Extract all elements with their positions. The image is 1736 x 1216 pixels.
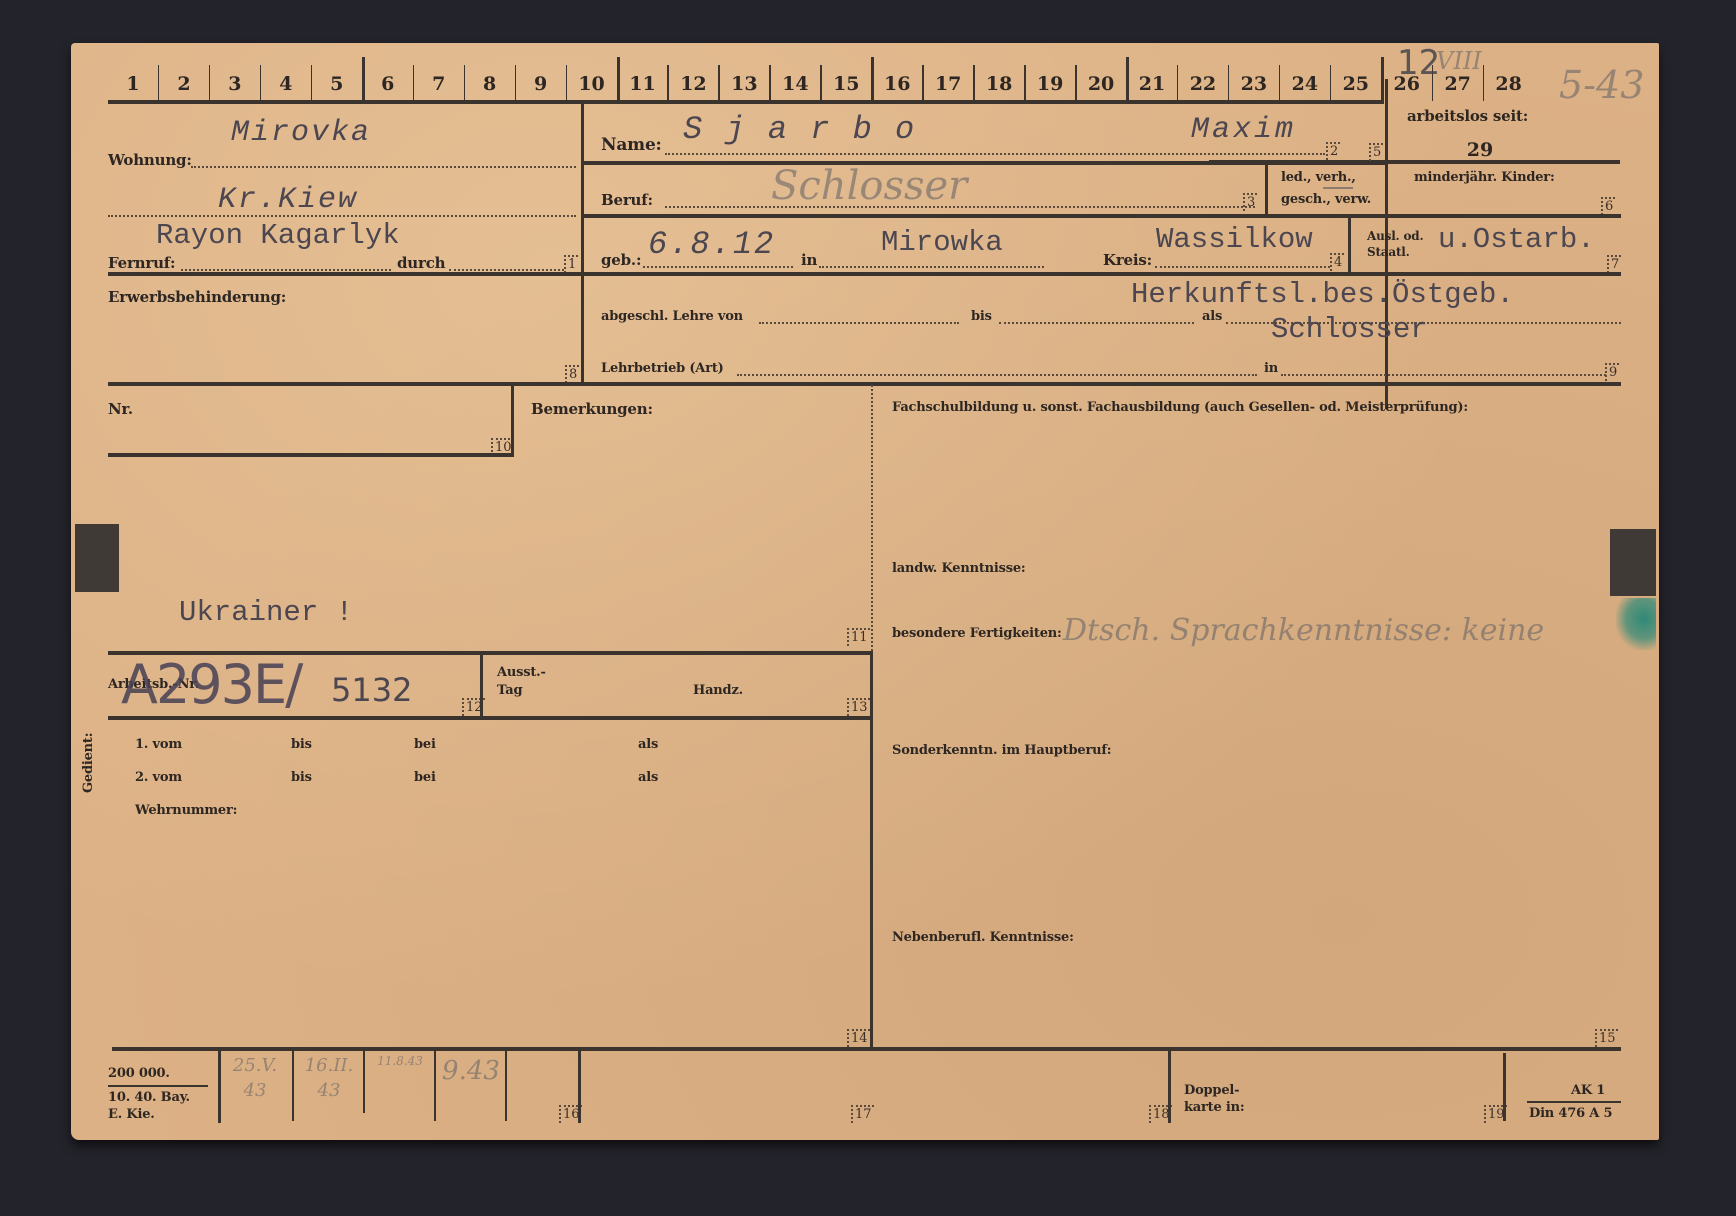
ruler-number-16: 16 [872, 73, 922, 95]
col29-number: 29 [1455, 139, 1505, 161]
lehre-von-dotline [759, 322, 959, 324]
lehre-bis-label: bis [971, 309, 992, 324]
beruf-handwritten-value: Schlosser [771, 163, 967, 209]
vom1-label: 1. vom [135, 737, 182, 752]
ruler-number-5: 5 [312, 73, 362, 95]
besondere-fertigkeiten-value: Dtsch. Sprachkenntnisse: keine [1063, 613, 1544, 648]
top-note-number: 12 [1397, 43, 1440, 83]
bottom-divider-e [505, 1049, 507, 1121]
ruler-baseline [108, 100, 1384, 104]
ruler-number-12: 12 [668, 73, 718, 95]
wohnung-dotline [191, 166, 576, 168]
green-stamp-mark [1616, 598, 1656, 650]
beruf-label: Beruf: [601, 191, 653, 209]
ruler-number-28: 28 [1484, 73, 1534, 95]
left-index-tab [75, 524, 119, 592]
vom2-label: 2. vom [135, 770, 182, 785]
verh-underline [1323, 187, 1353, 189]
bis2-label: bis [291, 770, 312, 785]
bottom-divider-18 [1168, 1047, 1171, 1123]
ruler-number-2: 2 [159, 73, 209, 95]
field-number-4: 4 [1330, 253, 1344, 271]
geb-in-dotline [819, 266, 1044, 268]
bottom-divider-d [434, 1049, 436, 1121]
geb-vertical [1348, 214, 1351, 272]
lehrbetrieb-in-dotline [1281, 374, 1606, 376]
lehre-als-label: als [1202, 309, 1222, 324]
wohnung-kreis-value: Kr.Kiew [218, 183, 358, 217]
wohnung-rayon-value: Rayon Kagarlyk [156, 219, 400, 252]
field-number-5: 5 [1369, 143, 1383, 161]
field-number-11: 11 [847, 628, 870, 646]
tag-label: Tag [497, 683, 522, 698]
first-name-value: Maxim [1191, 113, 1296, 147]
ruler-number-13: 13 [719, 73, 769, 95]
nr-bottom-line [108, 453, 514, 457]
print-run-underline [108, 1085, 208, 1087]
ruler-number-6: 6 [363, 73, 413, 95]
erwerbsbehinderung-label: Erwerbsbehinderung: [108, 288, 286, 306]
bemerkungen-label: Bemerkungen: [531, 400, 653, 418]
staatsangehoerigkeit-value: u.Ostarb. [1438, 223, 1595, 256]
bottom-date-3: 11.8.43 [366, 1053, 434, 1070]
ruler-number-19: 19 [1025, 73, 1075, 95]
print-info-2: E. Kie. [108, 1107, 155, 1122]
ruler-number-17: 17 [923, 73, 973, 95]
ruler-number-15: 15 [821, 73, 871, 95]
doppelkarte-label-2: karte in: [1184, 1100, 1244, 1115]
field-number-2: 2 [1326, 142, 1340, 160]
ruler-number-20: 20 [1076, 73, 1126, 95]
geb-in-label: in [801, 251, 817, 269]
field-number-14: 14 [847, 1029, 870, 1047]
lehre-als-value-2: Schlosser [1271, 313, 1428, 346]
ausst-label: Ausst.- [497, 665, 546, 680]
minderjaehr-kinder-label: minderjähr. Kinder: [1414, 170, 1555, 185]
corner-note: 5-43 [1559, 63, 1644, 107]
ruler-number-23: 23 [1229, 73, 1279, 95]
middle-dotted-divider [871, 385, 873, 655]
arbeitslos-label: arbeitslos seit: [1407, 107, 1528, 125]
ruler-number-7: 7 [414, 73, 464, 95]
right-index-tab [1610, 529, 1656, 596]
form-id: AK 1 [1571, 1083, 1605, 1098]
nr-label: Nr. [108, 400, 133, 418]
handz-label: Handz. [693, 683, 743, 698]
lehre-als-value-1: Herkunftsl.bes.Östgeb. [1131, 278, 1514, 311]
arbeitsbuch-stamp: A293E/ [121, 653, 301, 716]
als2-label: als [638, 770, 658, 785]
doppelkarte-label-1: Doppel- [1184, 1083, 1239, 1098]
bottom-divider-b [292, 1049, 294, 1121]
abgeschl-lehre-label: abgeschl. Lehre von [601, 309, 743, 324]
bottom-divider-16 [578, 1047, 581, 1123]
middle-vertical-divider [870, 653, 873, 1049]
ausst-vertical [480, 651, 483, 719]
ausl-label-2: Staatl. [1367, 245, 1410, 259]
ruler-number-3: 3 [210, 73, 260, 95]
field-number-15: 15 [1595, 1029, 1618, 1047]
bottom-date-1: 25.V. 43 [221, 1053, 289, 1103]
besondere-fertigkeiten-label: besondere Fertigkeiten: [892, 626, 1062, 641]
ruler-number-22: 22 [1178, 73, 1228, 95]
geb-line [108, 272, 1621, 276]
fernruf-label: Fernruf: [108, 254, 175, 272]
geb-ort-value: Mirowka [881, 226, 1003, 259]
registration-card: 1234567891011121314151617181920212223242… [71, 43, 1659, 1140]
beruf-line [583, 214, 1621, 218]
field-number-8: 8 [565, 365, 579, 383]
ruler-end-divider [1385, 79, 1388, 409]
ruler-number-11: 11 [618, 73, 668, 95]
print-run: 200 000. [108, 1066, 170, 1081]
kreis-value: Wassilkow [1156, 223, 1313, 256]
name-label: Name: [601, 135, 662, 155]
ruler-number-10: 10 [567, 73, 617, 95]
ausl-label-1: Ausl. od. [1367, 229, 1423, 243]
ruler-number-18: 18 [974, 73, 1024, 95]
lehre-line [108, 382, 1621, 386]
arbeitsbuch-bottom-line [108, 716, 873, 720]
als1-label: als [638, 737, 658, 752]
fachschulbildung-label: Fachschulbildung u. sonst. Fachausbildun… [892, 400, 1468, 415]
field-number-7: 7 [1607, 255, 1621, 273]
wehrnummer-label: Wehrnummer: [135, 803, 237, 818]
familienstand-2: gesch., verw. [1281, 192, 1371, 207]
field-number-13: 13 [847, 698, 870, 716]
durch-dotline [449, 269, 564, 271]
durch-label: durch [397, 254, 445, 272]
lehre-bis-dotline [999, 322, 1194, 324]
ruler-number-14: 14 [770, 73, 820, 95]
top-vertical-divider [581, 100, 584, 384]
nebenberufl-label: Nebenberufl. Kenntnisse: [892, 930, 1074, 945]
wohnung-ort-value: Mirovka [231, 116, 371, 150]
kreis-label: Kreis: [1103, 251, 1152, 269]
ruler-number-1: 1 [108, 73, 158, 95]
din-norm: Din 476 A 5 [1529, 1106, 1612, 1121]
geb-dotline [643, 266, 793, 268]
ruler-number-25: 25 [1331, 73, 1381, 95]
ruler-number-4: 4 [261, 73, 311, 95]
field-number-9: 9 [1605, 363, 1619, 381]
fernruf-dotline [181, 269, 391, 271]
field-number-1: 1 [564, 255, 578, 273]
arbeitsbuch-number: 5132 [331, 671, 412, 709]
lehrbetrieb-in-label: in [1264, 361, 1278, 376]
bottom-strip-line [112, 1047, 1621, 1051]
bottom-date-4: 9.43 [437, 1053, 505, 1089]
print-info-1: 10. 40. Bay. [108, 1090, 190, 1105]
landw-kenntnisse-label: landw. Kenntnisse: [892, 561, 1026, 576]
bei2-label: bei [414, 770, 436, 785]
kreis-dotline [108, 215, 576, 217]
bemerkung-value: Ukrainer ! [179, 596, 353, 629]
nr-vertical [511, 382, 514, 456]
bottom-divider-c [363, 1049, 365, 1113]
bis1-label: bis [291, 737, 312, 752]
form-id-underline [1527, 1101, 1621, 1103]
kreis-dotline2 [1155, 266, 1330, 268]
bottom-divider-19 [1503, 1053, 1506, 1121]
ruler-number-21: 21 [1127, 73, 1177, 95]
gedient-label: Gedient: [81, 733, 96, 793]
lehrbetrieb-dotline [737, 374, 1257, 376]
field-number-3: 3 [1243, 193, 1257, 211]
ruler-number-9: 9 [516, 73, 566, 95]
bei1-label: bei [414, 737, 436, 752]
sonderkenntn-label: Sonderkenntn. im Hauptberuf: [892, 743, 1111, 758]
name-dotline [665, 153, 1325, 155]
field-number-17: 17 [851, 1105, 874, 1123]
field-number-6: 6 [1601, 197, 1615, 215]
ruler-number-24: 24 [1280, 73, 1330, 95]
geb-label: geb.: [601, 251, 641, 269]
beruf-vertical [1265, 161, 1268, 216]
wohnung-label: Wohnung: [108, 151, 192, 169]
geb-date-value: 6.8.12 [648, 226, 775, 263]
top-note-month: VIII [1436, 47, 1482, 75]
bottom-date-2: 16.II. 43 [295, 1053, 363, 1103]
surname-value: S j a r b o [683, 111, 916, 148]
ruler-number-8: 8 [465, 73, 515, 95]
familienstand-1: led., verh., [1281, 170, 1356, 185]
lehrbetrieb-label: Lehrbetrieb (Art) [601, 361, 724, 376]
